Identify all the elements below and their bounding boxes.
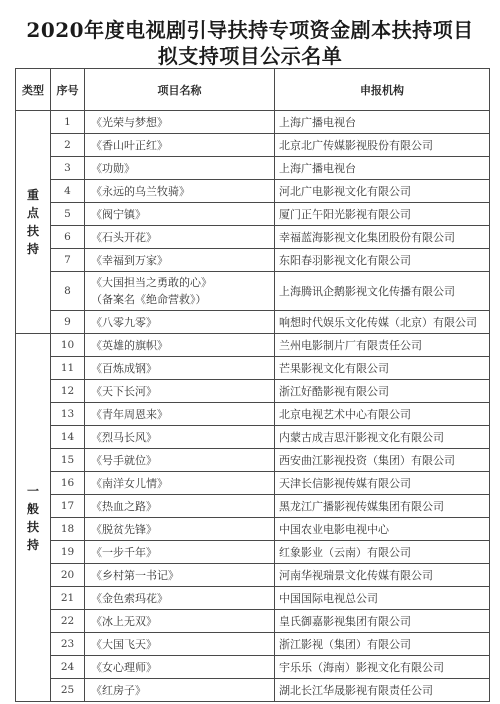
table-row: 2《香山叶正红》北京北广传媒影视股份有限公司 bbox=[16, 134, 490, 157]
project-name-text: 《永远的乌兰牧骑》 bbox=[91, 183, 274, 200]
row-number: 16 bbox=[51, 472, 85, 495]
table-row: 22《冰上无双》皇氏御嘉影视集团有限公司 bbox=[16, 610, 490, 633]
applicant-organization: 上海腾讯企鹅影视文化传播有限公司 bbox=[275, 272, 490, 311]
category-general-support: 一般扶持 bbox=[16, 334, 51, 702]
project-name-text: 《号手就位》 bbox=[91, 452, 274, 469]
table-row: 7《幸福到万家》东阳春羽影视文化有限公司 bbox=[16, 249, 490, 272]
project-name: 《八零九零》 bbox=[85, 311, 275, 334]
applicant-organization: 响想时代娱乐文化传媒（北京）有限公司 bbox=[275, 311, 490, 334]
row-number: 2 bbox=[51, 134, 85, 157]
project-name-text: 《光荣与梦想》 bbox=[91, 114, 274, 131]
project-name-text: 《乡村第一书记》 bbox=[91, 567, 274, 584]
row-number: 15 bbox=[51, 449, 85, 472]
project-name-text: 《金色索玛花》 bbox=[91, 590, 274, 607]
table-row: 一般扶持10《英雄的旗帜》兰州电影制片厂有限责任公司 bbox=[16, 334, 490, 357]
applicant-organization: 河南华视瑞景文化传媒有限公司 bbox=[275, 564, 490, 587]
project-name-text: 《大国担当之勇敢的心》 bbox=[91, 274, 274, 291]
row-number: 20 bbox=[51, 564, 85, 587]
category-key-support: 重点扶持 bbox=[16, 111, 51, 334]
project-name: 《冰上无双》 bbox=[85, 610, 275, 633]
table-row: 15《号手就位》西安曲江影视投资（集团）有限公司 bbox=[16, 449, 490, 472]
row-number: 3 bbox=[51, 157, 85, 180]
project-name-text: 《天下长河》 bbox=[91, 383, 274, 400]
project-name: 《乡村第一书记》 bbox=[85, 564, 275, 587]
table-row: 12《天下长河》浙江好酷影视有限公司 bbox=[16, 380, 490, 403]
header-project-name: 项目名称 bbox=[85, 69, 275, 111]
project-name-text: 《幸福到万家》 bbox=[91, 252, 274, 269]
project-name-text: 《百炼成钢》 bbox=[91, 360, 274, 377]
project-name-text: 《烈马长风》 bbox=[91, 429, 274, 446]
row-number: 1 bbox=[51, 111, 85, 134]
applicant-organization: 天津长信影视传媒有限公司 bbox=[275, 472, 490, 495]
applicant-organization: 兰州电影制片厂有限责任公司 bbox=[275, 334, 490, 357]
row-number: 24 bbox=[51, 656, 85, 679]
project-name-text: 《大国飞天》 bbox=[91, 636, 274, 653]
project-name: 《幸福到万家》 bbox=[85, 249, 275, 272]
project-name-text: 《石头开花》 bbox=[91, 229, 274, 246]
applicant-organization: 上海广播电视台 bbox=[275, 157, 490, 180]
table-row: 24《女心理师》宇乐乐（海南）影视文化有限公司 bbox=[16, 656, 490, 679]
table-row: 19《一步千年》红象影业（云南）有限公司 bbox=[16, 541, 490, 564]
table-header-row: 类型 序号 项目名称 申报机构 bbox=[16, 69, 490, 111]
project-name: 《功勋》 bbox=[85, 157, 275, 180]
document-title-line1: 2020年度电视剧引导扶持专项资金剧本扶持项目 bbox=[0, 14, 500, 43]
row-number: 22 bbox=[51, 610, 85, 633]
project-name: 《南洋女儿情》 bbox=[85, 472, 275, 495]
table-row: 23《大国飞天》浙江影视（集团）有限公司 bbox=[16, 633, 490, 656]
project-filing-name: （备案名《绝命营救》） bbox=[91, 291, 274, 308]
project-name: 《烈马长风》 bbox=[85, 426, 275, 449]
project-name: 《百炼成钢》 bbox=[85, 357, 275, 380]
project-name-text: 《红房子》 bbox=[91, 682, 274, 699]
project-name: 《永远的乌兰牧骑》 bbox=[85, 180, 275, 203]
table-row: 13《青年周恩来》北京电视艺术中心有限公司 bbox=[16, 403, 490, 426]
header-number: 序号 bbox=[51, 69, 85, 111]
row-number: 19 bbox=[51, 541, 85, 564]
project-name: 《光荣与梦想》 bbox=[85, 111, 275, 134]
applicant-organization: 东阳春羽影视文化有限公司 bbox=[275, 249, 490, 272]
project-name: 《青年周恩来》 bbox=[85, 403, 275, 426]
applicant-organization: 芒果影视文化有限公司 bbox=[275, 357, 490, 380]
project-name-text: 《八零九零》 bbox=[91, 314, 274, 331]
applicant-organization: 湖北长江华晟影视有限责任公司 bbox=[275, 679, 490, 702]
table-row: 4《永远的乌兰牧骑》河北广电影视文化有限公司 bbox=[16, 180, 490, 203]
applicant-organization: 厦门正午阳光影视有限公司 bbox=[275, 203, 490, 226]
project-list-table: 类型 序号 项目名称 申报机构 重点扶持1《光荣与梦想》上海广播电视台2《香山叶… bbox=[15, 68, 490, 702]
table-row: 3《功勋》上海广播电视台 bbox=[16, 157, 490, 180]
table-row: 9《八零九零》响想时代娱乐文化传媒（北京）有限公司 bbox=[16, 311, 490, 334]
applicant-organization: 黑龙江广播影视传媒集团有限公司 bbox=[275, 495, 490, 518]
project-name-text: 《功勋》 bbox=[91, 160, 274, 177]
table-row: 5《阀宁镇》厦门正午阳光影视有限公司 bbox=[16, 203, 490, 226]
project-name: 《号手就位》 bbox=[85, 449, 275, 472]
project-name-text: 《一步千年》 bbox=[91, 544, 274, 561]
row-number: 10 bbox=[51, 334, 85, 357]
applicant-organization: 北京电视艺术中心有限公司 bbox=[275, 403, 490, 426]
table-row: 14《烈马长风》内蒙古成吉思汗影视文化有限公司 bbox=[16, 426, 490, 449]
applicant-organization: 幸福蓝海影视文化集团股份有限公司 bbox=[275, 226, 490, 249]
table-row: 8《大国担当之勇敢的心》（备案名《绝命营救》）上海腾讯企鹅影视文化传播有限公司 bbox=[16, 272, 490, 311]
applicant-organization: 西安曲江影视投资（集团）有限公司 bbox=[275, 449, 490, 472]
applicant-organization: 中国国际电视总公司 bbox=[275, 587, 490, 610]
project-name: 《天下长河》 bbox=[85, 380, 275, 403]
applicant-organization: 浙江影视（集团）有限公司 bbox=[275, 633, 490, 656]
category-label: 重点扶持 bbox=[26, 186, 40, 258]
project-name: 《大国担当之勇敢的心》（备案名《绝命营救》） bbox=[85, 272, 275, 311]
project-name: 《一步千年》 bbox=[85, 541, 275, 564]
row-number: 5 bbox=[51, 203, 85, 226]
applicant-organization: 内蒙古成吉思汗影视文化有限公司 bbox=[275, 426, 490, 449]
project-name-text: 《南洋女儿情》 bbox=[91, 475, 274, 492]
project-name: 《脱贫先锋》 bbox=[85, 518, 275, 541]
row-number: 14 bbox=[51, 426, 85, 449]
row-number: 17 bbox=[51, 495, 85, 518]
project-name-text: 《冰上无双》 bbox=[91, 613, 274, 630]
document-title-line2: 拟支持项目公示名单 bbox=[0, 40, 500, 69]
row-number: 13 bbox=[51, 403, 85, 426]
applicant-organization: 河北广电影视文化有限公司 bbox=[275, 180, 490, 203]
applicant-organization: 北京北广传媒影视股份有限公司 bbox=[275, 134, 490, 157]
project-name: 《女心理师》 bbox=[85, 656, 275, 679]
table-row: 重点扶持1《光荣与梦想》上海广播电视台 bbox=[16, 111, 490, 134]
row-number: 7 bbox=[51, 249, 85, 272]
header-applicant: 申报机构 bbox=[275, 69, 490, 111]
applicant-organization: 中国农业电影电视中心 bbox=[275, 518, 490, 541]
table-row: 17《热血之路》黑龙江广播影视传媒集团有限公司 bbox=[16, 495, 490, 518]
table-row: 21《金色索玛花》中国国际电视总公司 bbox=[16, 587, 490, 610]
project-name-text: 《英雄的旗帜》 bbox=[91, 337, 274, 354]
project-name: 《热血之路》 bbox=[85, 495, 275, 518]
table-row: 18《脱贫先锋》中国农业电影电视中心 bbox=[16, 518, 490, 541]
applicant-organization: 浙江好酷影视有限公司 bbox=[275, 380, 490, 403]
project-name-text: 《热血之路》 bbox=[91, 498, 274, 515]
header-category: 类型 bbox=[16, 69, 51, 111]
project-name: 《金色索玛花》 bbox=[85, 587, 275, 610]
applicant-organization: 皇氏御嘉影视集团有限公司 bbox=[275, 610, 490, 633]
project-name: 《香山叶正红》 bbox=[85, 134, 275, 157]
applicant-organization: 上海广播电视台 bbox=[275, 111, 490, 134]
project-name-text: 《女心理师》 bbox=[91, 659, 274, 676]
project-name: 《英雄的旗帜》 bbox=[85, 334, 275, 357]
project-name-text: 《青年周恩来》 bbox=[91, 406, 274, 423]
row-number: 12 bbox=[51, 380, 85, 403]
table-row: 11《百炼成钢》芒果影视文化有限公司 bbox=[16, 357, 490, 380]
row-number: 21 bbox=[51, 587, 85, 610]
row-number: 8 bbox=[51, 272, 85, 311]
table-row: 20《乡村第一书记》河南华视瑞景文化传媒有限公司 bbox=[16, 564, 490, 587]
row-number: 9 bbox=[51, 311, 85, 334]
project-name: 《红房子》 bbox=[85, 679, 275, 702]
table-row: 16《南洋女儿情》天津长信影视传媒有限公司 bbox=[16, 472, 490, 495]
table-row: 6《石头开花》幸福蓝海影视文化集团股份有限公司 bbox=[16, 226, 490, 249]
row-number: 25 bbox=[51, 679, 85, 702]
project-name-text: 《脱贫先锋》 bbox=[91, 521, 274, 538]
project-name-text: 《阀宁镇》 bbox=[91, 206, 274, 223]
project-name-text: 《香山叶正红》 bbox=[91, 137, 274, 154]
row-number: 11 bbox=[51, 357, 85, 380]
row-number: 18 bbox=[51, 518, 85, 541]
applicant-organization: 宇乐乐（海南）影视文化有限公司 bbox=[275, 656, 490, 679]
applicant-organization: 红象影业（云南）有限公司 bbox=[275, 541, 490, 564]
row-number: 6 bbox=[51, 226, 85, 249]
category-label: 一般扶持 bbox=[26, 482, 40, 554]
table-row: 25《红房子》湖北长江华晟影视有限责任公司 bbox=[16, 679, 490, 702]
project-name: 《阀宁镇》 bbox=[85, 203, 275, 226]
row-number: 4 bbox=[51, 180, 85, 203]
row-number: 23 bbox=[51, 633, 85, 656]
project-name: 《石头开花》 bbox=[85, 226, 275, 249]
project-name: 《大国飞天》 bbox=[85, 633, 275, 656]
